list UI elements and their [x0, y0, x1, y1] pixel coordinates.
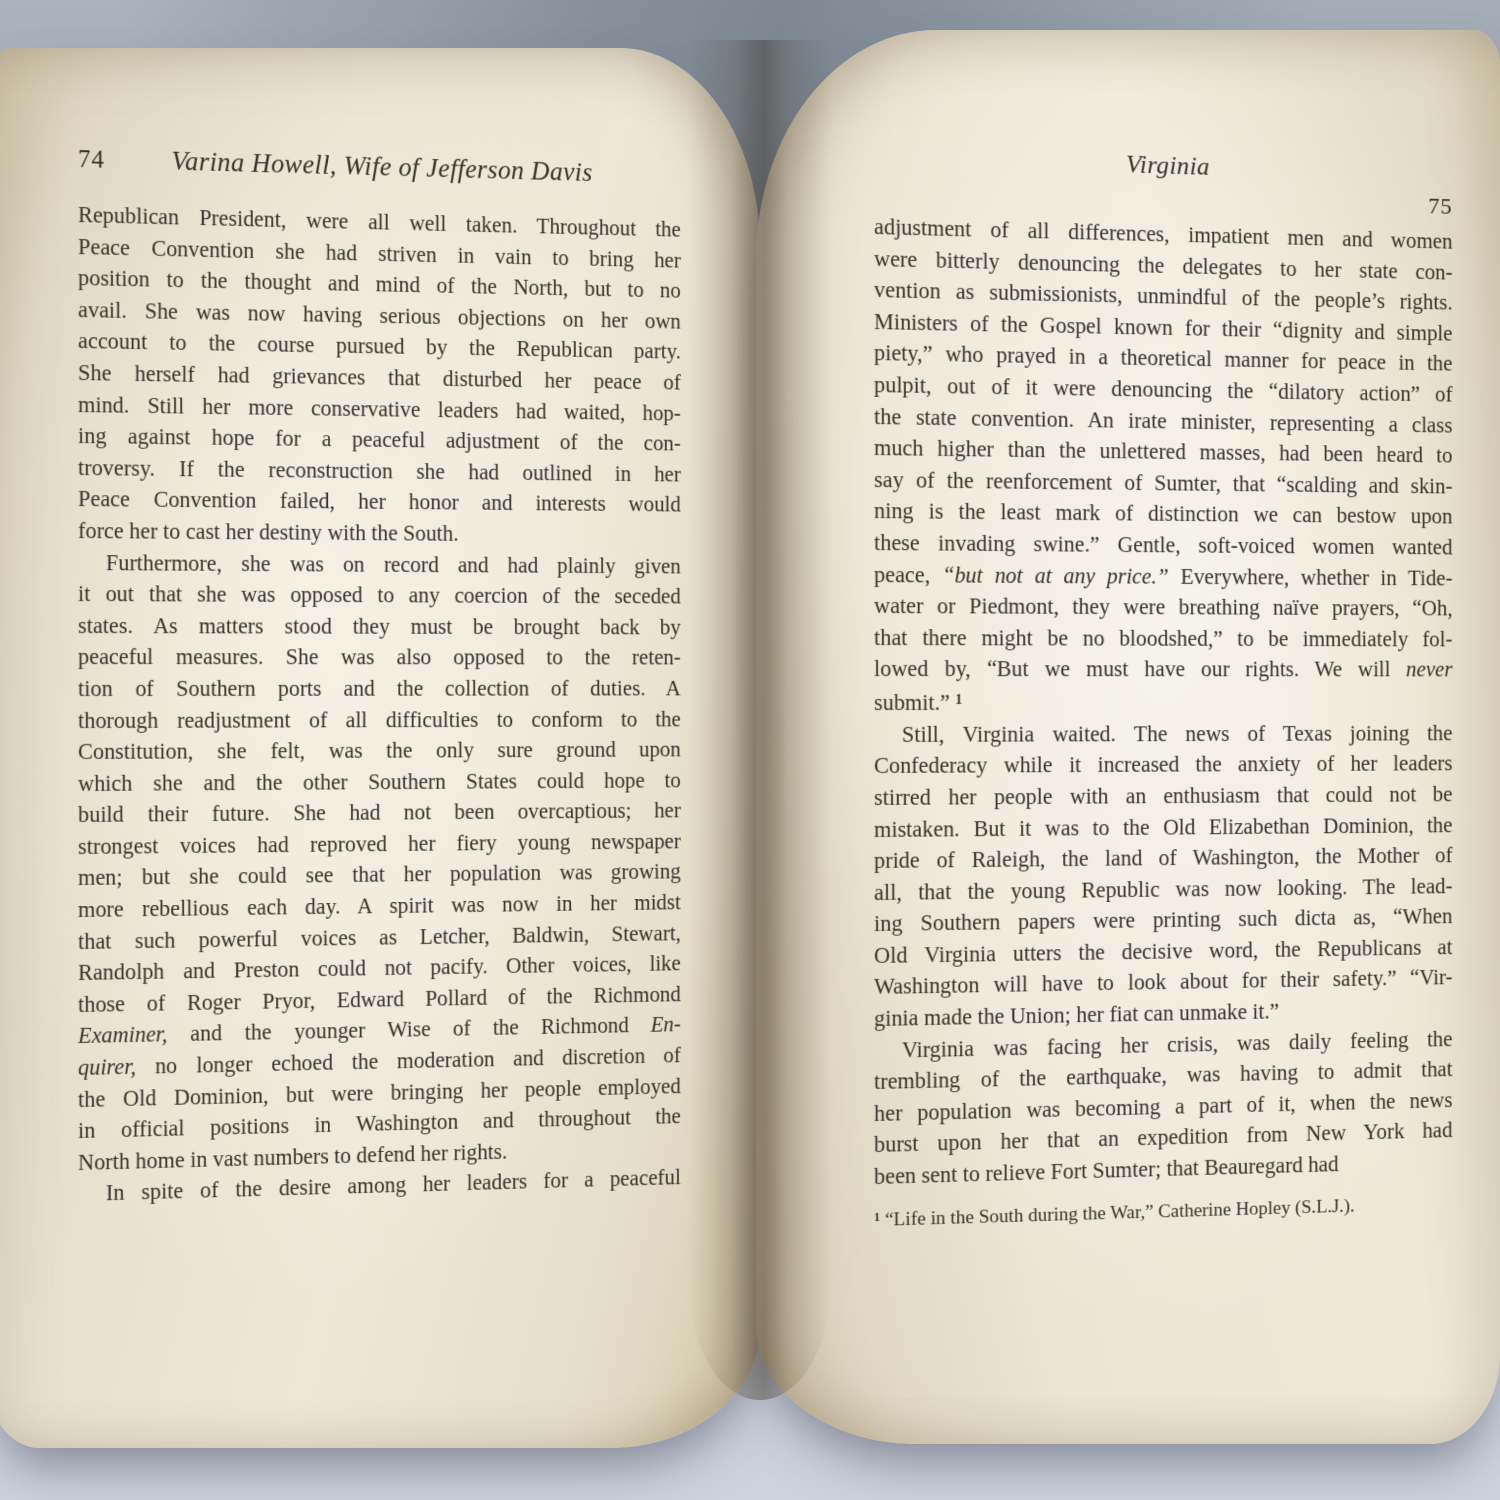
text-line: submit.” 1: [874, 685, 1453, 719]
text-line: water or Piedmont, they were breathing n…: [874, 590, 1453, 624]
text-line: lowed by, “But we must have our rights. …: [874, 653, 1453, 685]
text-line: Furthermore, she was on record and had p…: [78, 547, 681, 582]
left-page-number: 74: [78, 146, 105, 175]
right-page-body-text: adjustment of all differences, impatient…: [874, 211, 1453, 1193]
text-run: submit.”: [874, 690, 955, 715]
text-run: build their future. She had not been ove…: [78, 798, 681, 827]
text-line: Still, Virginia waited. The news of Texa…: [874, 718, 1453, 751]
text-line: tion of Southern ports and the collectio…: [78, 673, 681, 705]
text-run: it out that she was opposed to any coerc…: [78, 581, 681, 608]
text-run: these invading swine.” Gentle, soft-voic…: [874, 530, 1453, 559]
text-run: 1: [955, 693, 962, 708]
right-page: Virginia 75 adjustment of all difference…: [756, 30, 1500, 1444]
text-run: much higher than the unlettered masses, …: [874, 435, 1453, 467]
text-run: Peace Convention failed, her honor and i…: [78, 486, 681, 516]
text-run: that there might be no bloodshed,” to be…: [874, 625, 1453, 651]
text-run: mistaken. But it was to the Old Elizabet…: [874, 812, 1453, 841]
text-line: Confederacy while it increased the anxie…: [874, 748, 1453, 782]
text-run: “Life in the South during the War,” Cath…: [880, 1196, 1355, 1231]
text-run: Still, Virginia waited. The news of Texa…: [902, 721, 1453, 747]
left-page-header: 74 Varina Howell, Wife of Jefferson Davi…: [78, 143, 681, 197]
text-run: strongest voices had reproved her fiery …: [78, 829, 681, 859]
text-run: force her to cast her destiny with the S…: [78, 518, 459, 546]
text-run: states. As matters stood they must be br…: [78, 613, 681, 639]
text-line: that there might be no bloodshed,” to be…: [874, 622, 1453, 655]
left-running-header: Varina Howell, Wife of Jefferson Davis: [78, 143, 681, 190]
text-run: never: [1406, 657, 1453, 681]
text-run: Washington will have to look about for t…: [874, 965, 1453, 999]
text-run: Everywhere, whether in Tide-: [1169, 564, 1453, 590]
text-run: ning is the least mark of distinction we…: [874, 498, 1453, 528]
text-run: Constitution, she felt, was the only sur…: [78, 737, 681, 764]
left-page-body-text: Republican President, were all well take…: [78, 199, 681, 1210]
text-run: more rebellious each day. A spirit was n…: [78, 890, 681, 922]
text-run: ginia made the Union; her fiat can unmak…: [874, 999, 1279, 1031]
text-run: pulpit, out of it were denouncing the “d…: [874, 372, 1453, 406]
text-line: ning is the least mark of distinction we…: [874, 495, 1453, 532]
left-page-text-block: 74 Varina Howell, Wife of Jefferson Davi…: [78, 143, 681, 1210]
text-line: stirred her people with an enthusiasm th…: [874, 779, 1453, 814]
text-run: water or Piedmont, they were breathing n…: [874, 593, 1453, 620]
text-line: which she and the other Southern States …: [78, 765, 681, 800]
text-line: force her to cast her destiny with the S…: [78, 515, 681, 551]
text-run: quirer,: [78, 1054, 136, 1080]
text-run: mind. Still her more conservative leader…: [78, 392, 681, 425]
text-line: mistaken. But it was to the Old Elizabet…: [874, 809, 1453, 845]
text-line: Constitution, she felt, was the only sur…: [78, 734, 681, 768]
text-run: Examiner,: [78, 1022, 167, 1049]
text-line: states. As matters stood they must be br…: [78, 610, 681, 643]
text-run: peace,: [874, 562, 942, 587]
text-run: lowed by, “But we must have our rights. …: [874, 656, 1406, 681]
footnote: 1 “Life in the South during the War,” Ca…: [874, 1188, 1453, 1233]
text-run: ing against hope for a peaceful adjustme…: [78, 423, 681, 455]
text-line: peaceful measures. She was also opposed …: [78, 641, 681, 673]
text-run: Confederacy while it increased the anxie…: [874, 751, 1453, 778]
text-run: She herself had grievances that disturbe…: [78, 360, 681, 394]
text-run: say of the reenforcement of Sumter, that…: [874, 467, 1453, 498]
text-run: pride of Raleigh, the land of Washington…: [874, 843, 1453, 873]
text-run: the state convention. An irate minister,…: [874, 404, 1453, 437]
text-line: these invading swine.” Gentle, soft-voic…: [874, 527, 1453, 563]
text-run: En-: [651, 1012, 681, 1037]
text-line: Peace Convention failed, her honor and i…: [78, 483, 681, 520]
text-run: men; but she could see that her populati…: [78, 859, 681, 890]
text-run: Furthermore, she was on record and had p…: [106, 550, 681, 578]
right-page-text-block: Virginia 75 adjustment of all difference…: [874, 142, 1453, 1233]
text-line: build their future. She had not been ove…: [78, 795, 681, 831]
text-run: peaceful measures. She was also opposed …: [78, 644, 681, 669]
open-book-photo: 74 Varina Howell, Wife of Jefferson Davi…: [0, 0, 1500, 1500]
text-run: all, that the young Republic was now loo…: [874, 873, 1453, 904]
text-run: which she and the other Southern States …: [78, 768, 681, 796]
text-line: thorough readjustment of all difficultie…: [78, 704, 681, 736]
text-line: peace, “but not at any price.” Everywher…: [874, 559, 1453, 594]
text-run: ing Southern papers were printing such d…: [874, 904, 1453, 936]
text-line: it out that she was opposed to any coerc…: [78, 578, 681, 612]
text-run: thorough readjustment of all difficultie…: [78, 706, 681, 732]
text-run: “but not at any price.”: [942, 562, 1169, 588]
left-page: 74 Varina Howell, Wife of Jefferson Davi…: [0, 48, 760, 1448]
text-run: troversy. If the reconstruction she had …: [78, 455, 681, 486]
text-run: stirred her people with an enthusiasm th…: [874, 782, 1453, 810]
text-run: tion of Southern ports and the collectio…: [78, 676, 681, 701]
